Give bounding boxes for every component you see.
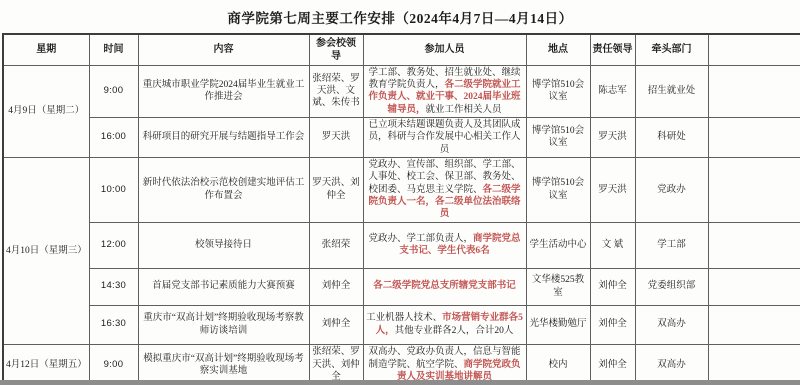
cell-participants: 学工部、教务处、招生就业处、继续教育学院负责人，各二级学院就业工作负责人、就业干… — [363, 65, 526, 117]
cell-responsible: 文 斌 — [590, 222, 635, 268]
cell-location: 校内 — [526, 344, 590, 385]
table-row: 14:30 首届党支部书记素质能力大赛预赛 刘仲全 各二级学院党总支所辖党支部书… — [3, 268, 800, 305]
header-day: 星期 — [3, 34, 89, 65]
cell-day: 4月10日（星期三） — [3, 157, 89, 344]
cell-content: 校领导接待日 — [138, 222, 309, 268]
header-content: 内容 — [138, 34, 309, 65]
cell-content: 新时代依法治校示范校创建实地评估工作布置会 — [138, 157, 309, 222]
cell-content: 重庆市“双高计划”终期验收现场考察教师访谈培训 — [138, 305, 309, 344]
cell-extra — [708, 305, 800, 344]
cell-department: 党政办 — [635, 157, 708, 222]
cell-extra — [708, 268, 800, 305]
table-row: 4月12日（星期五） 9:00 模拟重庆市“双高计划”终期验收现场考察实训基地 … — [3, 344, 800, 385]
cell-time: 14:30 — [89, 268, 138, 305]
table-row: 4月10日（星期三） 10:00 新时代依法治校示范校创建实地评估工作布置会 罗… — [3, 157, 800, 222]
cell-department: 党委组织部 — [635, 268, 708, 305]
cell-content: 模拟重庆市“双高计划”终期验收现场考察实训基地 — [138, 344, 309, 385]
cell-participants: 工业机器人技术、市场营销专业群各5人，其他专业群各2人，合计20人 — [363, 305, 526, 344]
photo-bottom-edge — [0, 380, 800, 385]
cell-extra — [708, 117, 800, 157]
participants-segment: 就业工作相关人员 — [426, 105, 502, 115]
document-page: 商学院第七周主要工作安排（2024年4月7日—4月14日） 星期 时间 内容 参… — [0, 0, 800, 385]
cell-responsible: 刘仲全 — [590, 305, 635, 344]
header-responsible: 责任领导 — [590, 34, 635, 65]
header-location: 地点 — [526, 34, 590, 65]
cell-leaders: 张绍荣、罗天洪、文斌、朱传书 — [309, 65, 363, 117]
cell-leaders: 张绍荣、罗天洪、刘仲全 — [309, 344, 363, 385]
cell-responsible: 罗天洪 — [590, 157, 635, 222]
cell-location: 光华楼勤勉厅 — [526, 305, 590, 344]
cell-leaders: 刘仲全 — [309, 268, 363, 305]
header-time: 时间 — [89, 34, 138, 65]
cell-location: 博学馆510会议室 — [526, 117, 590, 157]
table-row: 4月9日（星期二） 9:00 重庆城市职业学院2024届毕业生就业工作推进会 张… — [3, 65, 800, 117]
cell-time: 16:30 — [89, 305, 138, 344]
table-row: 16:30 重庆市“双高计划”终期验收现场考察教师访谈培训 刘仲全 工业机器人技… — [3, 305, 800, 344]
cell-time: 16:00 — [89, 117, 138, 157]
cell-participants: 已立项未结题课题负责人及其团队成员，科研与合作发展中心相关工作人员 — [363, 117, 526, 157]
header-extra — [708, 34, 800, 65]
cell-location: 博学馆510会议室 — [526, 157, 590, 222]
cell-extra — [708, 344, 800, 385]
cell-time: 10:00 — [89, 157, 138, 222]
cell-leaders: 张绍荣 — [309, 222, 363, 268]
cell-time: 9:00 — [89, 344, 138, 385]
participants-segment: 已立项未结题课题负责人及其团队成员，科研与合作发展中心相关工作人员 — [368, 120, 520, 155]
cell-participants: 各二级学院党总支所辖党支部书记 — [363, 268, 526, 305]
cell-day: 4月12日（星期五） — [3, 344, 89, 385]
cell-department: 科研处 — [635, 117, 708, 157]
cell-leaders: 刘仲全 — [309, 305, 363, 344]
cell-participants: 双高办、党政办负责人，信息与智能制造学院、航空学院、商学院党政负责人及实训基地讲… — [363, 344, 526, 385]
cell-participants: 党政办、学工部负责人，商学院党总支书记、学生代表6名 — [363, 222, 526, 268]
cell-location: 文华楼525教室 — [526, 268, 590, 305]
cell-content: 科研项目的研究开展与结题指导工作会 — [138, 117, 309, 157]
header-participants: 参加人员 — [363, 34, 526, 65]
cell-leaders: 罗天洪 — [309, 117, 363, 157]
participants-segment: 党政办、学工部负责人， — [368, 234, 473, 244]
cell-participants: 党政办、宣传部、组织部、学工部、人事处、校工会、保卫部、教务处、校团委、马克思主… — [363, 157, 526, 222]
cell-leaders: 罗天洪、刘仲全 — [309, 157, 363, 222]
cell-extra — [708, 157, 800, 222]
cell-extra — [708, 65, 800, 117]
participants-segment: 工业机器人技术、 — [366, 313, 442, 323]
cell-time: 9:00 — [89, 65, 138, 117]
cell-responsible: 罗天洪 — [590, 117, 635, 157]
cell-department: 招生就业处 — [635, 65, 708, 117]
participants-segment-highlight: 各二级学院党总支所辖党支部书记 — [373, 281, 516, 291]
cell-content: 重庆城市职业学院2024届毕业生就业工作推进会 — [138, 65, 309, 117]
header-department: 牵头部门 — [635, 34, 708, 65]
cell-extra — [708, 222, 800, 268]
schedule-table: 星期 时间 内容 参会校领导 参加人员 地点 责任领导 牵头部门 4月9日（星期… — [2, 33, 800, 385]
cell-department: 学工部 — [635, 222, 708, 268]
table-row: 12:00 校领导接待日 张绍荣 党政办、学工部负责人，商学院党总支书记、学生代… — [3, 222, 800, 268]
cell-department: 双高办 — [635, 344, 708, 385]
participants-segment: 其他专业群各2人，合计20人 — [395, 326, 514, 336]
cell-responsible: 刘仲全 — [590, 344, 635, 385]
cell-location: 博学馆510会议室 — [526, 65, 590, 117]
cell-content: 首届党支部书记素质能力大赛预赛 — [138, 268, 309, 305]
cell-location: 学生活动中心 — [526, 222, 590, 268]
cell-time: 12:00 — [89, 222, 138, 268]
table-row: 16:00 科研项目的研究开展与结题指导工作会 罗天洪 已立项未结题课题负责人及… — [3, 117, 800, 157]
page-title: 商学院第七周主要工作安排（2024年4月7日—4月14日） — [0, 0, 800, 33]
cell-responsible: 刘仲全 — [590, 268, 635, 305]
cell-day: 4月9日（星期二） — [3, 65, 89, 157]
header-leaders: 参会校领导 — [309, 34, 363, 65]
cell-responsible: 陈志军 — [590, 65, 635, 117]
cell-department: 双高办 — [635, 305, 708, 344]
header-row: 星期 时间 内容 参会校领导 参加人员 地点 责任领导 牵头部门 — [3, 34, 800, 65]
